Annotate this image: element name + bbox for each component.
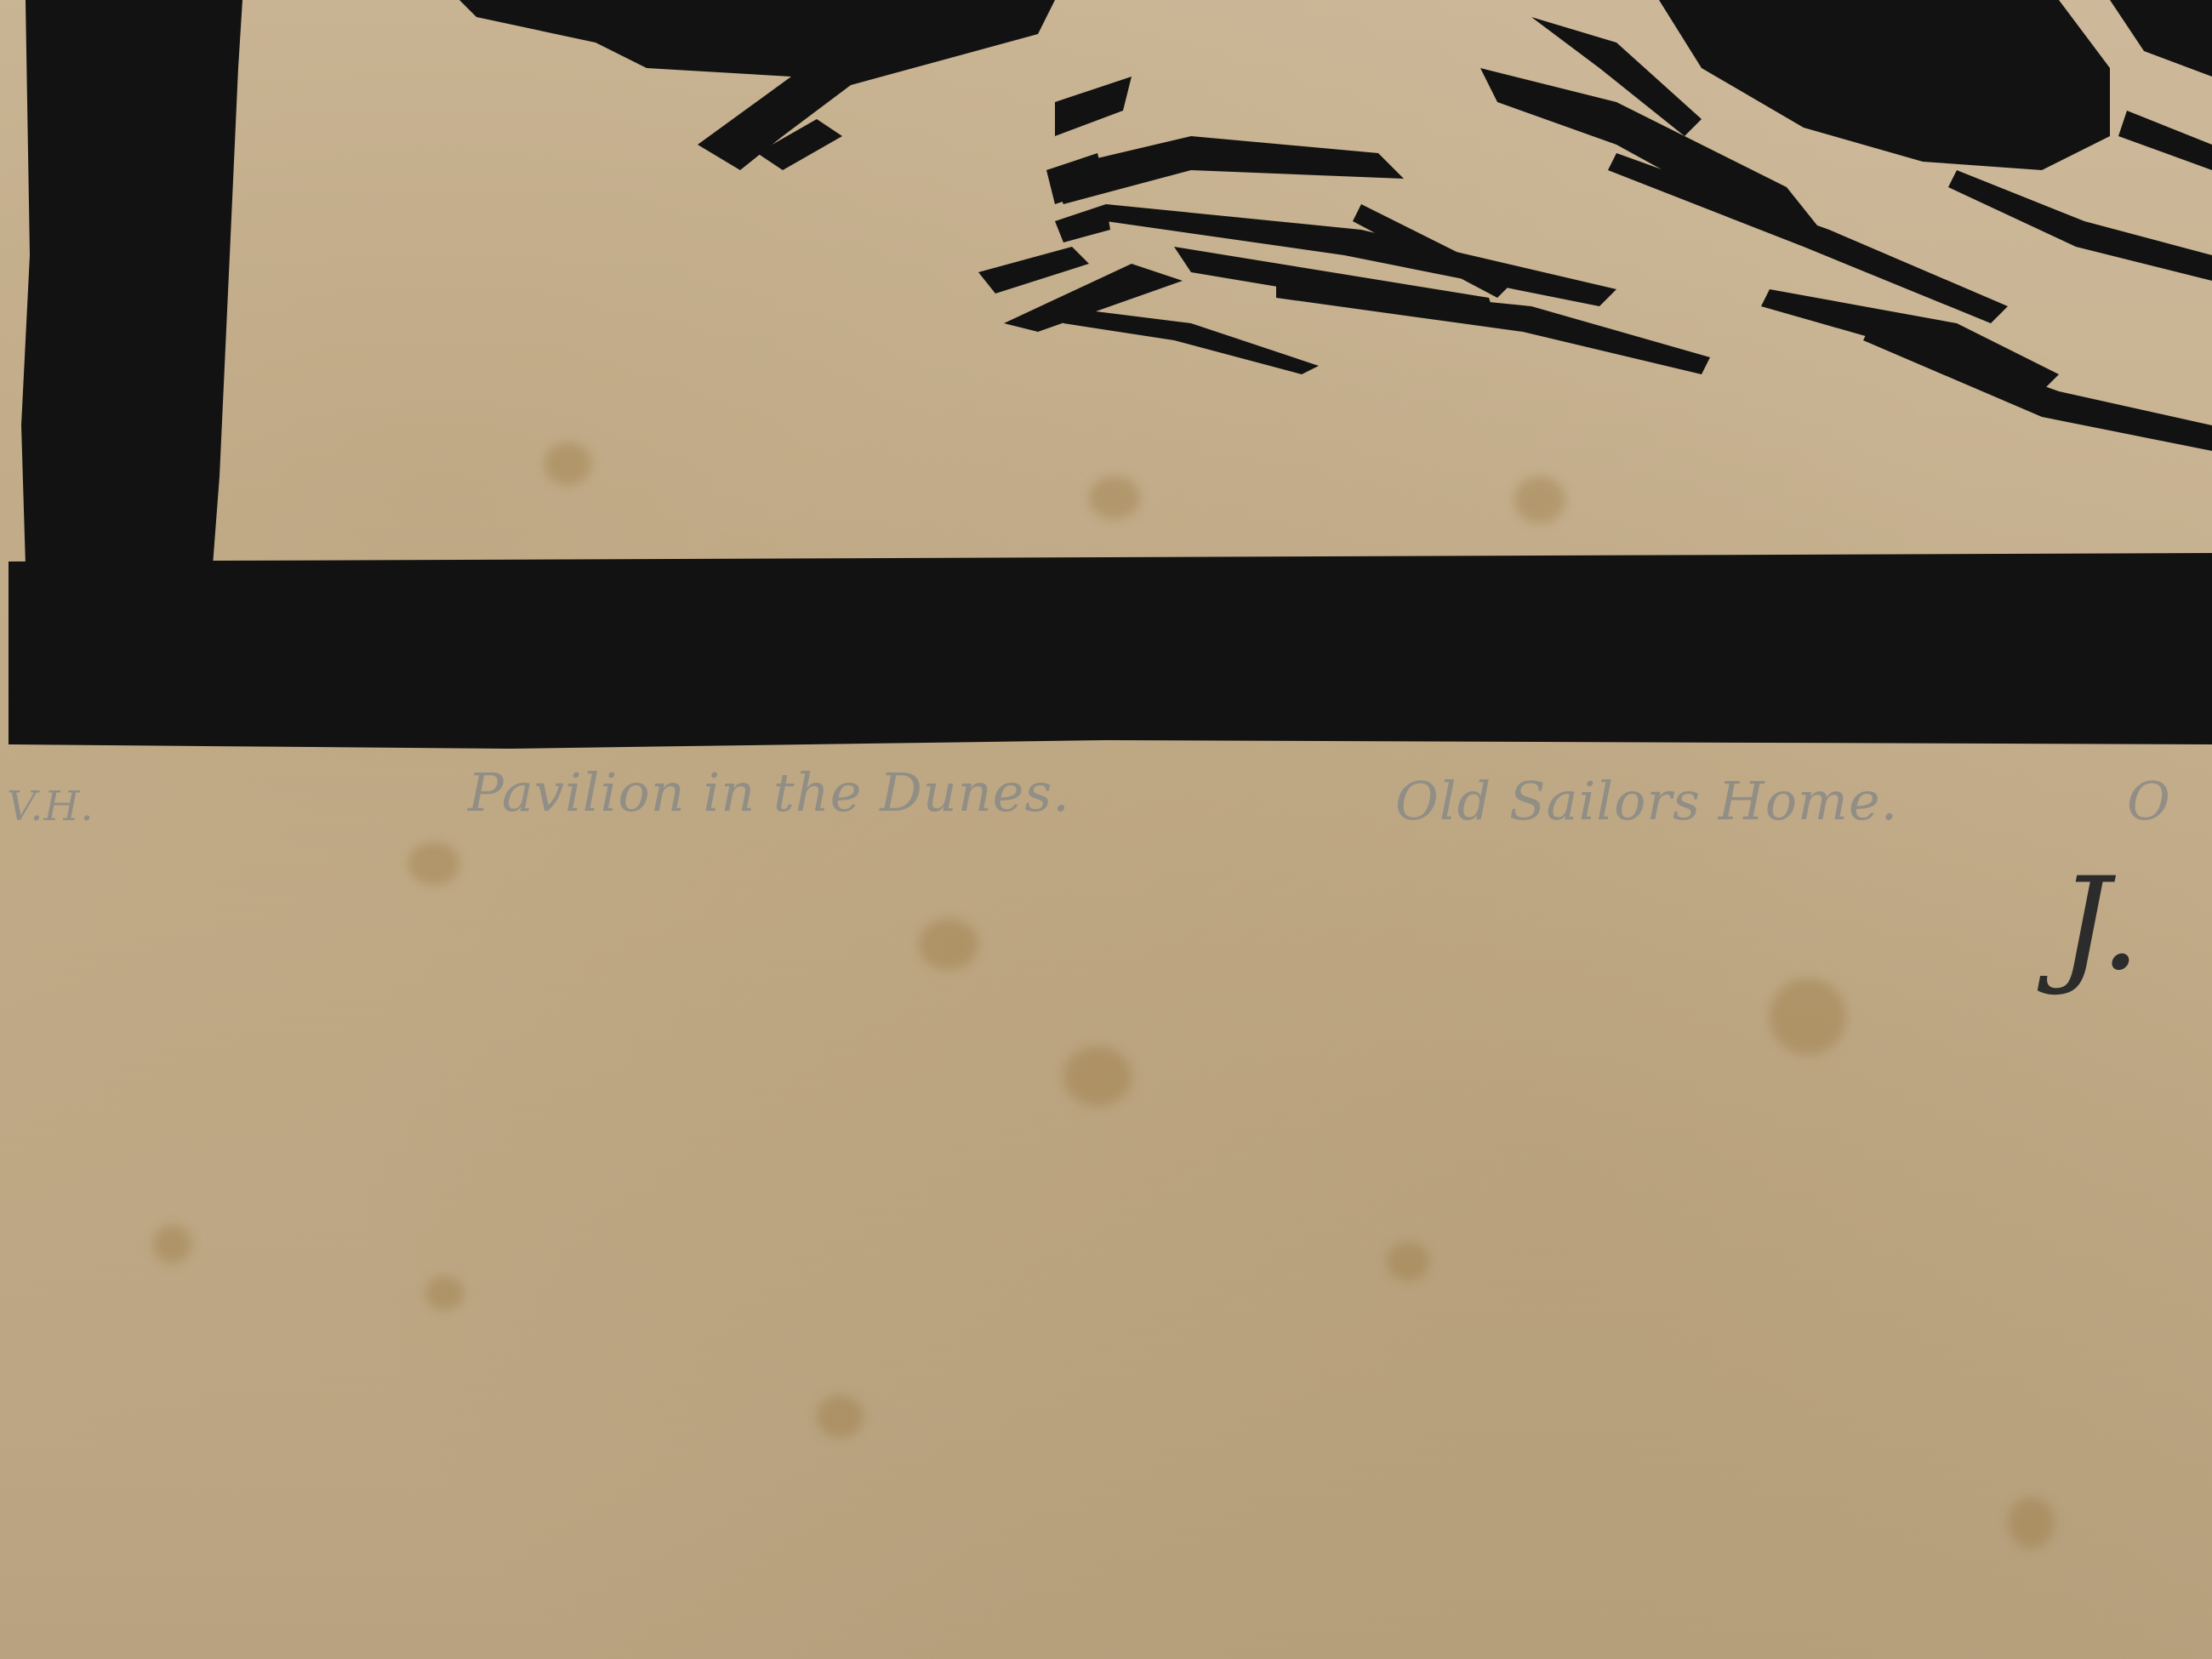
title-inscription-3-partial: O [2127,770,2171,832]
title-inscription-2: Old Sailors Home. [1395,770,1898,832]
print-frame-left [21,0,242,566]
artist-signature: J. [2059,851,2141,999]
edition-mark: V.H. [7,783,94,830]
woodcut-hatching [459,0,2212,451]
title-inscription-1: Pavilion in the Dunes. [468,761,1070,824]
print-frame-bottom [9,553,2212,749]
